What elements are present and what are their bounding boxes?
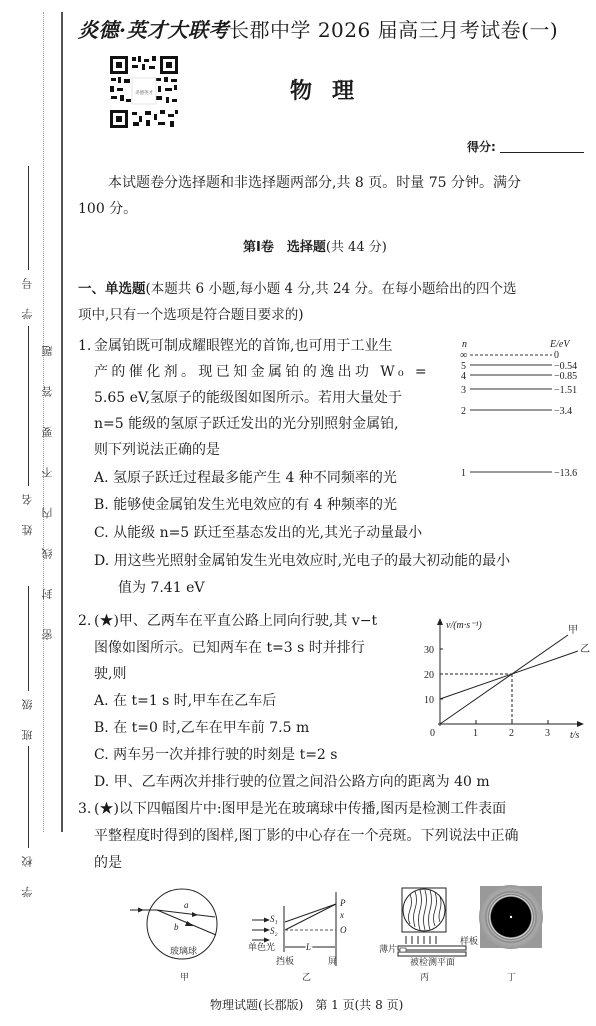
svg-text:3: 3	[545, 728, 550, 739]
q1-line-5: 则下列说法正确的是	[94, 437, 220, 463]
svg-text:−13.6: −13.6	[554, 468, 577, 479]
section-title-main: 第Ⅰ卷 选择题	[243, 240, 326, 255]
svg-text:1: 1	[461, 468, 466, 479]
svg-text:0: 0	[430, 728, 435, 739]
q1-line-2: 产的催化剂。现已知金属铂的逸出功 W₀ =	[94, 359, 430, 385]
figure-bing-caption: 丙	[420, 972, 429, 982]
intro-line-2: 100 分。	[78, 196, 137, 222]
q2-line-3: 驶,则	[94, 661, 126, 687]
svg-text:4: 4	[461, 371, 466, 382]
q2-option-c[interactable]: C. 两车另一次并排行驶的时刻是 t=2 s	[94, 742, 337, 768]
brand-name: 炎德·英才大联考	[78, 18, 229, 42]
figure-ding-caption: 丁	[507, 972, 516, 982]
q2-number: 2.	[78, 608, 91, 634]
svg-text:0: 0	[554, 350, 559, 361]
figure-yi-double-slit: S₁ S₂ P x O L 单色光 挡板 屏 乙	[248, 884, 358, 988]
svg-text:10: 10	[424, 695, 434, 706]
energy-level-diagram: n E/eV ∞0 5−0.54 4−0.85 3−1.51 2−3.4 1−1…	[458, 338, 594, 492]
score-field[interactable]	[500, 152, 584, 153]
energy-axis-label: E/eV	[549, 339, 571, 350]
school-field[interactable]	[28, 746, 29, 848]
svg-text:样板: 样板	[460, 935, 478, 946]
q3-line-2: 平整程度时得到的图样,图丁影的中心存在一个亮斑。下列说法中正确	[94, 823, 518, 849]
svg-text:−0.85: −0.85	[554, 371, 577, 382]
score-label: 得分:	[467, 138, 496, 155]
figure-jia-caption: 甲	[180, 972, 189, 982]
exam-name: 长郡中学 2026 届高三月考试卷(一)	[229, 18, 558, 42]
section-title-points: (共 44 分)	[326, 240, 387, 255]
q3-number: 3.	[78, 796, 91, 822]
svg-text:3: 3	[461, 385, 466, 396]
part1-desc-2: 项中,只有一个选项是符合题目要求的)	[78, 302, 304, 328]
q1-option-d[interactable]: D. 用这些光照射金属铂发生光电效应时,光电子的最大初动能的最小	[94, 548, 510, 574]
svg-text:S₁: S₁	[270, 914, 278, 924]
svg-text:O: O	[340, 925, 347, 935]
q1-option-a[interactable]: A. 氢原子跃迁过程最多能产生 4 种不同频率的光	[94, 465, 397, 491]
svg-text:挡板: 挡板	[276, 955, 294, 966]
svg-text:1: 1	[473, 728, 478, 739]
q1-line-1: 金属铂既可制成耀眼铿光的首饰,也可用于工业生	[94, 333, 392, 359]
q1-line-3: 5.65 eV,氢原子的能级图如图所示。若用大量处于	[94, 385, 402, 411]
name-label: 姓 名	[20, 486, 36, 536]
student-id-label: 学 号	[20, 270, 36, 320]
section-title: 第Ⅰ卷 选择题(共 44 分)	[243, 236, 387, 255]
exam-title: 炎德·英才大联考长郡中学 2026 届高三月考试卷(一)	[78, 14, 558, 43]
svg-text:L: L	[305, 942, 311, 952]
q2-line-2: 图像如图所示。已知两车在 t=3 s 时并排行	[94, 635, 365, 661]
q1-option-c[interactable]: C. 从能级 n=5 跃迁至基态发出的光,其光子动量最小	[94, 520, 422, 546]
svg-text:玻璃球: 玻璃球	[170, 945, 197, 956]
velocity-time-graph: v/(m·s⁻¹) t/s 10 20 30 0 1 2 3 甲 乙	[420, 614, 596, 748]
qr-code: 炎德英才	[108, 54, 180, 130]
series-jia-label: 甲	[568, 624, 578, 636]
q2-line-1: (★)甲、乙两车在平直公路上同向行驶,其 v−t	[94, 608, 377, 634]
q2-option-a[interactable]: A. 在 t=1 s 时,甲车在乙车后	[94, 688, 276, 714]
figure-ding-poisson-spot: 丁	[478, 884, 548, 988]
n-axis-label: n	[462, 339, 467, 350]
part1-title: 一、单选题	[78, 281, 146, 297]
svg-text:单色光: 单色光	[248, 941, 275, 952]
intro-line-1: 本试题卷分选择题和非选择题两部分,共 8 页。时量 75 分钟。满分	[108, 170, 521, 196]
seal-solid-line	[61, 12, 63, 832]
q2-option-b[interactable]: B. 在 t=0 时,乙车在甲车前 7.5 m	[94, 715, 309, 741]
svg-text:20: 20	[424, 670, 434, 681]
figure-jia-glass-ball: a b 玻璃球 甲	[122, 884, 232, 988]
y-axis-label: v/(m·s⁻¹)	[446, 620, 482, 631]
seal-warning-text: 密 封 线 内 不 要 答 题	[40, 320, 56, 640]
svg-text:−3.4: −3.4	[554, 406, 572, 417]
q1-number: 1.	[78, 333, 91, 359]
svg-text:被检测平面: 被检测平面	[410, 956, 455, 967]
series-jia-line	[440, 635, 568, 724]
q1-option-b[interactable]: B. 能够使金属铂发生光电效应的有 4 种频率的光	[94, 492, 397, 518]
part1-heading: 一、单选题(本题共 6 小题,每小题 4 分,共 24 分。在每小题给出的四个选	[78, 276, 516, 302]
svg-text:a: a	[184, 900, 189, 910]
svg-text:x: x	[339, 910, 344, 920]
svg-text:∞: ∞	[460, 350, 467, 361]
figure-yi-caption: 乙	[302, 972, 311, 982]
q2-option-d[interactable]: D. 甲、乙车两次并排行驶的位置之间沿公路方向的距离为 40 m	[94, 769, 490, 795]
subject-title: 物理	[290, 74, 374, 105]
svg-text:薄片: 薄片	[379, 943, 397, 954]
svg-text:2: 2	[461, 406, 466, 417]
series-yi-label: 乙	[580, 643, 590, 655]
series-yi-line	[440, 651, 578, 699]
name-field[interactable]	[28, 326, 29, 486]
q1-option-d-cont: 值为 7.41 eV	[118, 575, 204, 601]
svg-text:S₂: S₂	[270, 926, 278, 936]
page-footer: 物理试题(长郡版) 第 1 页(共 8 页)	[210, 996, 403, 1013]
class-label: 班 级	[20, 691, 36, 741]
svg-text:−1.51: −1.51	[554, 385, 577, 396]
school-label: 学 校	[20, 848, 36, 898]
qr-label: 炎德英才	[135, 89, 153, 96]
q1-line-4: n=5 能级的氢原子跃迁发出的光分别照射金属铂,	[94, 411, 399, 437]
svg-text:屏: 屏	[328, 956, 337, 966]
svg-text:2: 2	[509, 728, 514, 739]
x-axis-label: t/s	[570, 730, 580, 741]
student-id-field[interactable]	[28, 166, 29, 270]
svg-text:P: P	[339, 898, 346, 908]
part1-desc-1: (本题共 6 小题,每小题 4 分,共 24 分。在每小题给出的四个选	[146, 281, 517, 297]
q3-line-3: 的是	[94, 850, 122, 876]
figure-bing-flatness-test: 薄片 样板 被检测平面 丙	[378, 884, 488, 988]
class-field[interactable]	[28, 586, 29, 691]
svg-text:30: 30	[424, 645, 434, 656]
q3-line-1: (★)以下四幅图片中:图甲是光在玻璃球中传播,图丙是检测工件表面	[94, 796, 506, 822]
svg-text:b: b	[174, 922, 179, 932]
